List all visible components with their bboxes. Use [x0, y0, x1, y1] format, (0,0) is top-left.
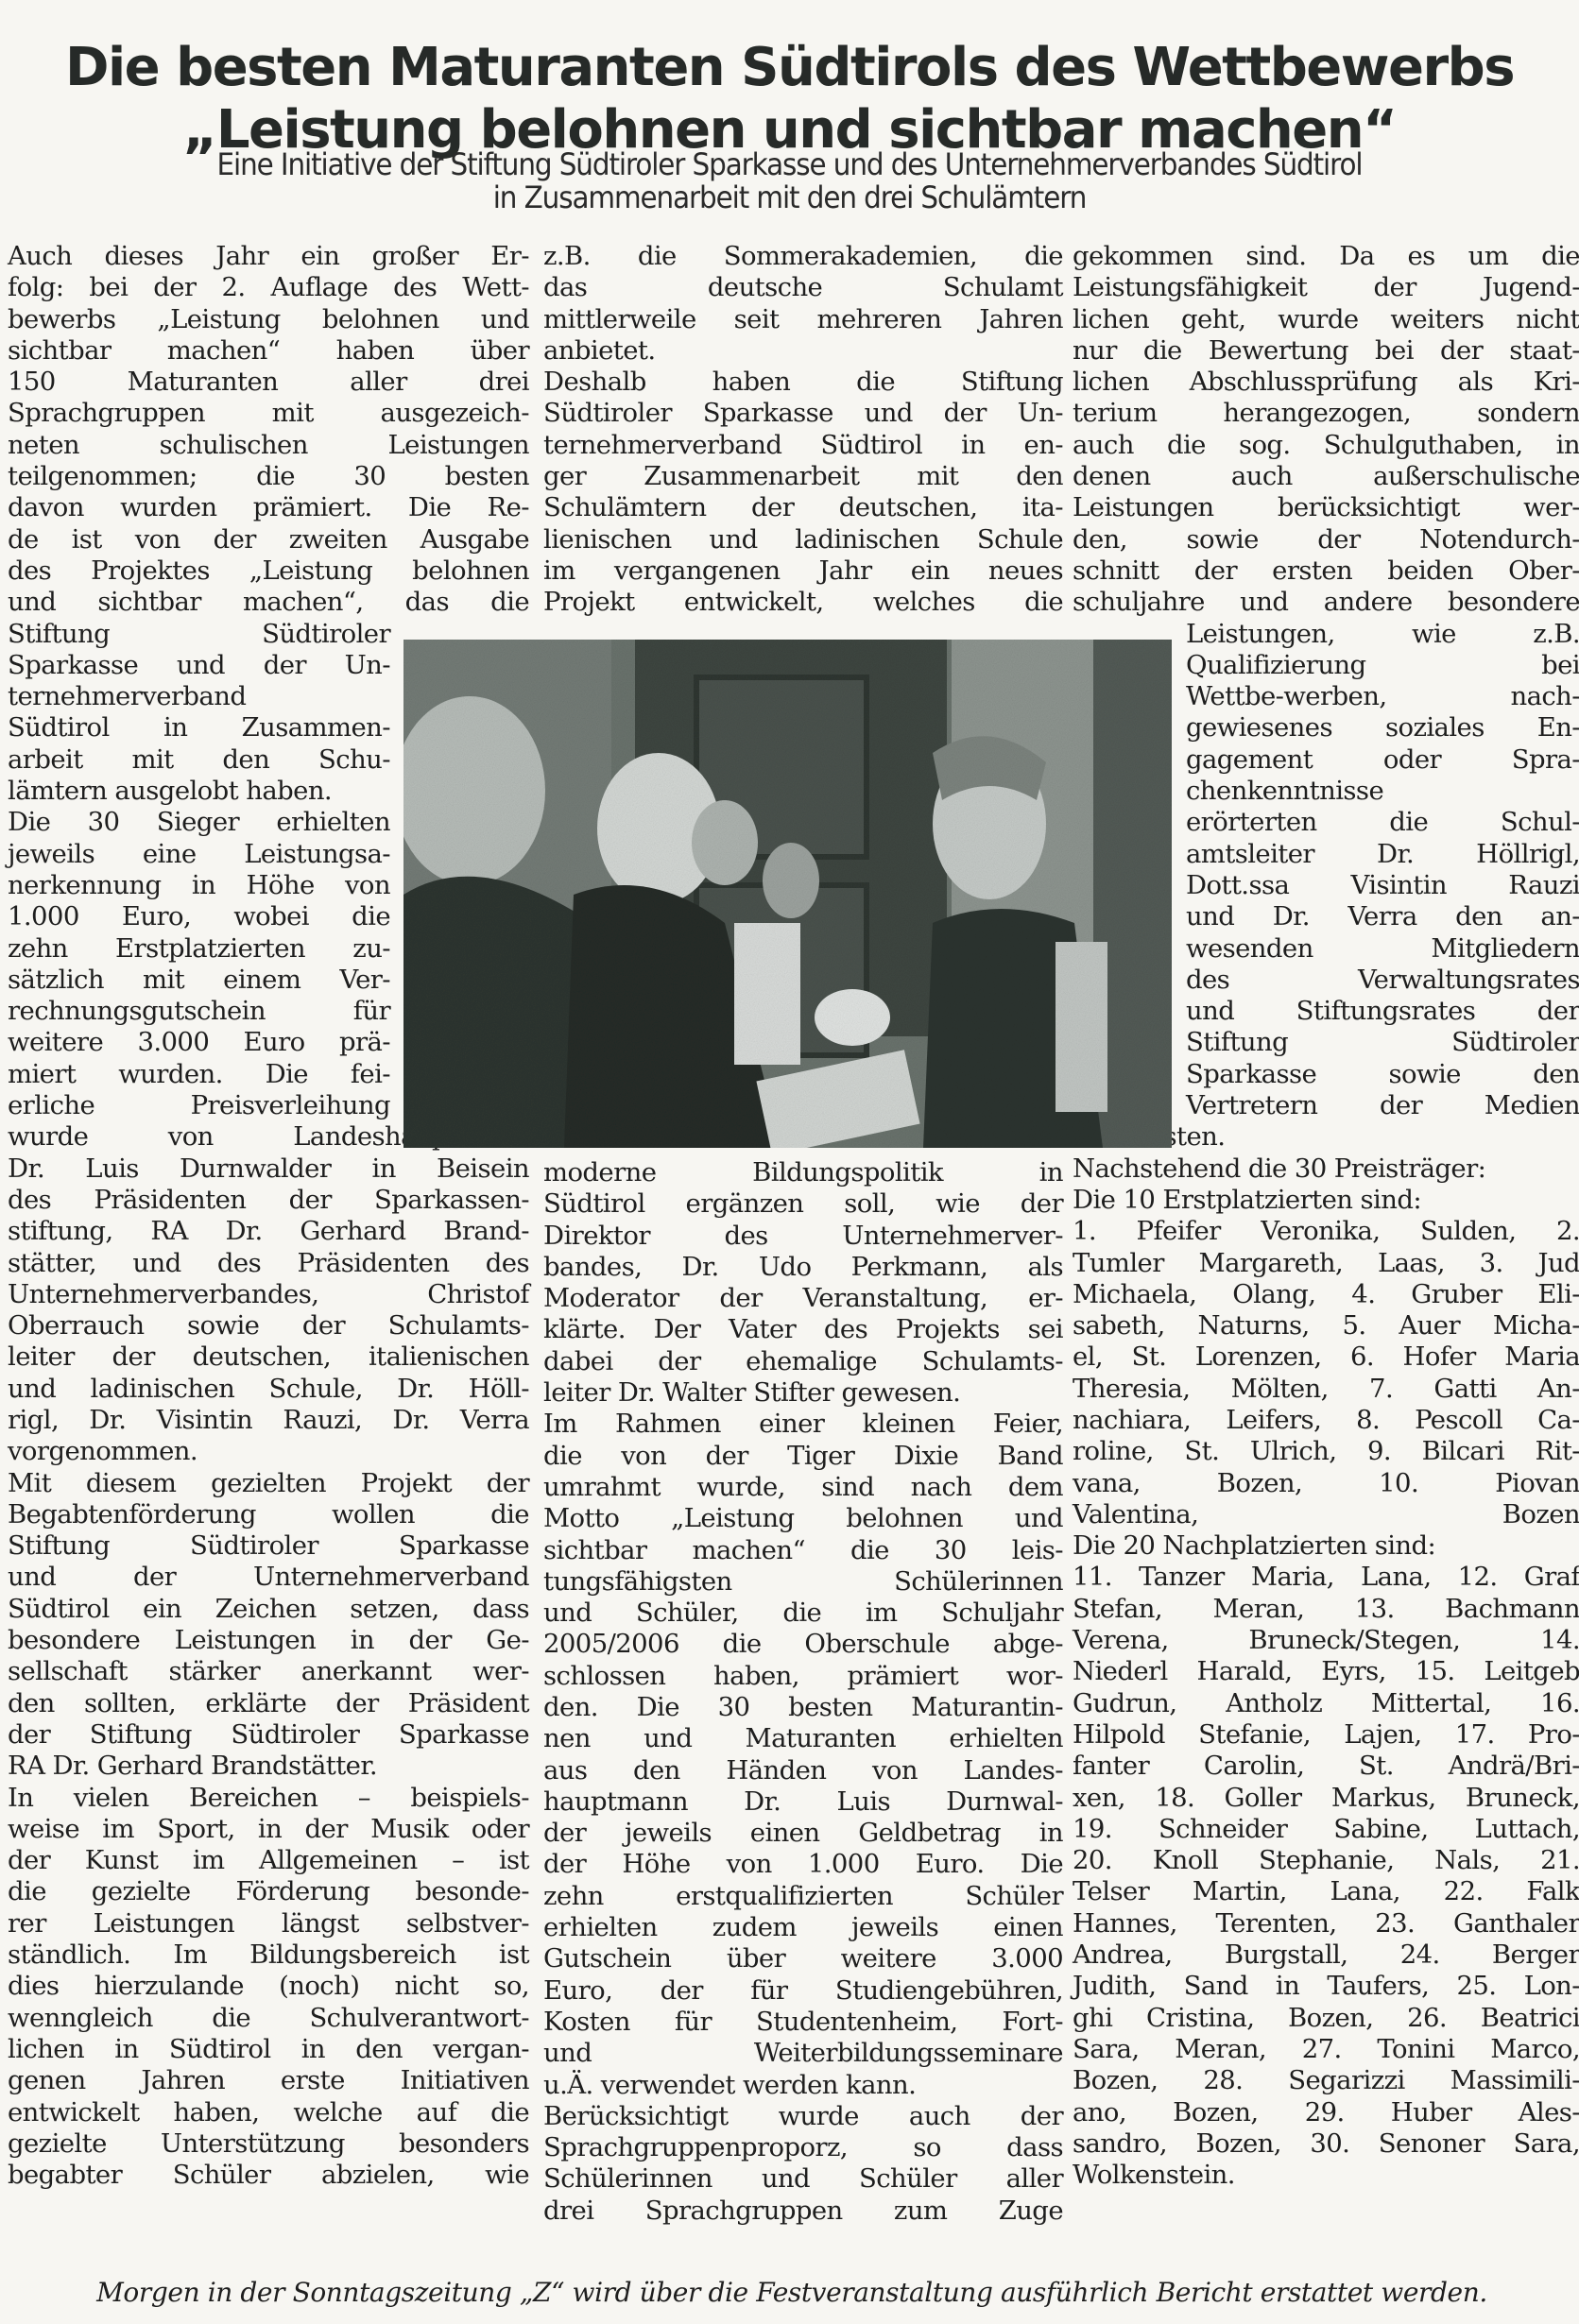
article-line: Motto „Leistung belohnen und: [543, 1503, 1063, 1534]
article-line: lichen Abschlussprüfung als Kri-: [1073, 367, 1579, 398]
article-column-1: Auch dieses Jahr ein großer Er-folg: bei…: [8, 241, 529, 2191]
article-line: sätzlich mit einem Ver-: [8, 965, 390, 996]
article-line: Unternehmerverbandes, Christof: [8, 1279, 529, 1310]
article-line: Berücksichtigt wurde auch der: [543, 2101, 1063, 2132]
article-column-2: z.B. die Sommerakademien, diedas deutsch…: [543, 241, 1063, 2227]
article-line: vana, Bozen, 10. Piovan: [1073, 1468, 1579, 1499]
article-line: amtsleiter Dr. Höllrigl,: [1186, 839, 1579, 870]
article-line: teilgenommen; die 30 besten: [8, 461, 529, 492]
article-line: moderne Bildungspolitik in: [543, 1157, 1063, 1188]
article-line: hauptmann Dr. Luis Durnwal-: [543, 1786, 1063, 1818]
article-line: schuljahre und andere besondere: [1073, 587, 1579, 618]
article-line: 11. Tanzer Maria, Lana, 12. Graf: [1073, 1562, 1579, 1593]
article-line: erörterten die Schul-: [1186, 807, 1579, 838]
article-line: jeweils eine Leistungsa-: [8, 839, 390, 870]
article-line: ständlich. Im Bildungsbereich ist: [8, 1940, 529, 1971]
article-line: Andrea, Burgstall, 24. Berger: [1073, 1940, 1579, 1971]
article-line: begabter Schüler abzielen, wie: [8, 2160, 529, 2191]
article-line: bewerbs „Leistung belohnen und: [8, 304, 529, 335]
article-line: lichen geht, wurde weiters nicht: [1073, 304, 1579, 335]
article-line: Sparkasse und der Un-: [8, 650, 390, 681]
article-line: und Schüler, die im Schuljahr: [543, 1598, 1063, 1629]
subheadline-line-2: in Zusammenarbeit mit den drei Schulämte…: [63, 180, 1516, 214]
article-line: Schülerinnen und Schüler aller: [543, 2163, 1063, 2195]
headline-line-1: Die besten Maturanten Südtirols des Wett…: [0, 38, 1579, 98]
article-line: Gutschein über weitere 3.000: [543, 1943, 1063, 1974]
article-line: stätter, und des Präsidenten des: [8, 1248, 529, 1279]
article-line: Tumler Margareth, Laas, 3. Jud: [1073, 1248, 1579, 1279]
article-line: der Kunst im Allgemeinen – ist: [8, 1845, 529, 1876]
article-line: Stiftung Südtiroler: [8, 619, 390, 650]
article-line: Schulämtern der deutschen, ita-: [543, 492, 1063, 523]
article-line: auch die sog. Schulguthaben, in: [1073, 430, 1579, 461]
article-line: Stiftung Südtiroler: [1186, 1027, 1579, 1058]
article-line: Leistungen berücksichtigt wer-: [1073, 492, 1579, 523]
article-line: Leistungen, wie z.B.: [1186, 619, 1579, 650]
article-line: Sprachgruppen mit ausgezeich-: [8, 398, 529, 429]
article-line: leiter Dr. Walter Stifter gewesen.: [543, 1377, 1063, 1409]
article-line: den, sowie der Notendurch-: [1073, 524, 1579, 555]
article-line: neten schulischen Leistungen: [8, 430, 529, 461]
article-line: vorgenommen.: [8, 1436, 529, 1467]
article-line: die gezielte Förderung besonde-: [8, 1876, 529, 1907]
article-line: ternehmerverband Südtirol in en-: [543, 430, 1063, 461]
subheadline-line-1: Eine Initiative der Stiftung Südtiroler …: [63, 147, 1516, 181]
article-line: anbietet.: [543, 335, 1063, 367]
article-line: Theresia, Mölten, 7. Gatti An-: [1073, 1374, 1579, 1405]
article-line: Euro, der für Studiengebühren,: [543, 1975, 1063, 2007]
article-line: lienischen und ladinischen Schule: [543, 524, 1063, 555]
article-line: tungsfähigsten Schülerinnen: [543, 1566, 1063, 1598]
article-line: Sara, Meran, 27. Tonini Marco,: [1073, 2034, 1579, 2065]
article-line: nur die Bewertung bei der staat-: [1073, 335, 1579, 367]
photo-icon: [403, 640, 1172, 1148]
article-line: klärte. Der Vater des Projekts sei: [543, 1314, 1063, 1345]
article-line: Wolkenstein.: [1073, 2160, 1579, 2191]
article-line: z.B. die Sommerakademien, die: [543, 241, 1063, 272]
article-line: Telser Martin, Lana, 22. Falk: [1073, 1876, 1579, 1907]
article-line: und sichtbar machen“, das die: [8, 587, 529, 618]
article-line: sichtbar machen“ die 30 leis-: [543, 1535, 1063, 1566]
article-line: Kosten für Studentenheim, Fort-: [543, 2007, 1063, 2038]
article-line: erhielten zudem jeweils einen: [543, 1912, 1063, 1943]
article-line: Mit diesem gezielten Projekt der: [8, 1468, 529, 1499]
article-line: RA Dr. Gerhard Brandstätter.: [8, 1751, 529, 1782]
article-line: Dott.ssa Visintin Rauzi: [1186, 870, 1579, 901]
article-line: und der Unternehmerverband: [8, 1562, 529, 1593]
article-line: den sollten, erklärte der Präsident: [8, 1688, 529, 1719]
article-line: Südtirol ein Zeichen setzen, dass: [8, 1594, 529, 1625]
article-line: sellschaft stärker anerkannt wer-: [8, 1656, 529, 1687]
article-line: gagement oder Spra-: [1186, 744, 1579, 776]
article-line: Projekt entwickelt, welches die: [543, 587, 1063, 618]
article-line: 2005/2006 die Oberschule abge-: [543, 1629, 1063, 1660]
article-line: gezielte Unterstützung besonders: [8, 2128, 529, 2160]
article-line: wenngleich die Schulverantwort-: [8, 2003, 529, 2034]
article-line: Hilpold Stefanie, Lajen, 17. Pro-: [1073, 1719, 1579, 1751]
article-line: stiftung, RA Dr. Gerhard Brand-: [8, 1216, 529, 1247]
article-line: Stiftung Südtiroler Sparkasse: [8, 1530, 529, 1562]
article-line: mittlerweile seit mehreren Jahren: [543, 304, 1063, 335]
article-line: das deutsche Schulamt: [543, 272, 1063, 303]
article-line: el, St. Lorenzen, 6. Hofer Maria: [1073, 1341, 1579, 1373]
article-line: terium herangezogen, sondern: [1073, 398, 1579, 429]
article-line: und Weiterbildungsseminare: [543, 2038, 1063, 2069]
article-line: Südtiroler Sparkasse und der Un-: [543, 398, 1063, 429]
article-line: Die 30 Sieger erhielten: [8, 807, 390, 838]
article-line: den. Die 30 besten Maturantin-: [543, 1692, 1063, 1723]
article-line: und ladinischen Schule, Dr. Höll-: [8, 1374, 529, 1405]
article-line: Moderator der Veranstaltung, er-: [543, 1283, 1063, 1314]
article-line: xen, 18. Goller Markus, Bruneck,: [1073, 1783, 1579, 1814]
article-line: sandro, Bozen, 30. Senoner Sara,: [1073, 2128, 1579, 2160]
article-line: Michaela, Olang, 4. Gruber Eli-: [1073, 1279, 1579, 1310]
article-line: besondere Leistungen in der Ge-: [8, 1625, 529, 1656]
article-line: rigl, Dr. Visintin Rauzi, Dr. Verra: [8, 1405, 529, 1436]
article-line: fanter Carolin, St. Andrä/Bri-: [1073, 1751, 1579, 1782]
article-line: bandes, Dr. Udo Perkmann, als: [543, 1252, 1063, 1283]
article-line: Südtirol in Zusammen-: [8, 712, 390, 743]
article-line: Judith, Sand in Taufers, 25. Lon-: [1073, 1971, 1579, 2002]
article-line: 1.000 Euro, wobei die: [8, 901, 390, 932]
article-line: Gudrun, Antholz Mittertal, 16.: [1073, 1688, 1579, 1719]
article-line: weise im Sport, in der Musik oder: [8, 1814, 529, 1845]
article-line: des Präsidenten der Sparkassen-: [8, 1185, 529, 1216]
article-line: erliche Preisverleihung: [8, 1090, 390, 1121]
article-line: de ist von der zweiten Ausgabe: [8, 524, 529, 555]
article-line: dabei der ehemalige Schulamts-: [543, 1346, 1063, 1377]
article-line: davon wurden prämiert. Die Re-: [8, 492, 529, 523]
article-line: dies hierzulande (noch) nicht so,: [8, 1971, 529, 2002]
article-line: Nachstehend die 30 Preisträger:: [1073, 1153, 1579, 1185]
article-line: nerkennung in Höhe von: [8, 870, 390, 901]
article-line: Wettbe-werben, nach-: [1186, 681, 1579, 712]
article-line: lämtern ausgelobt haben.: [8, 776, 390, 807]
article-column-3: gekommen sind. Da es um dieLeistungsfähi…: [1073, 241, 1579, 2191]
article-line: 150 Maturanten aller drei: [8, 367, 529, 398]
article-line: ano, Bozen, 29. Huber Ales-: [1073, 2097, 1579, 2128]
article-line: chenkenntnisse: [1186, 776, 1579, 807]
article-line: arbeit mit den Schu-: [8, 744, 390, 776]
article-line: nen und Maturanten erhielten: [543, 1723, 1063, 1754]
article-line: Begabtenförderung wollen die: [8, 1499, 529, 1530]
article-line: Auch dieses Jahr ein großer Er-: [8, 241, 529, 272]
article-line: drei Sprachgruppen zum Zuge: [543, 2196, 1063, 2227]
article-line: Hannes, Terenten, 23. Ganthaler: [1073, 1908, 1579, 1940]
article-line: 19. Schneider Sabine, Luttach,: [1073, 1814, 1579, 1845]
article-line: im vergangenen Jahr ein neues: [543, 555, 1063, 587]
article-line: der Stiftung Südtiroler Sparkasse: [8, 1719, 529, 1751]
article-line: umrahmt wurde, sind nach dem: [543, 1472, 1063, 1503]
article-line: Im Rahmen einer kleinen Feier,: [543, 1409, 1063, 1440]
article-line: schlossen haben, prämiert wor-: [543, 1661, 1063, 1692]
article-line: miert wurden. Die fei-: [8, 1059, 390, 1090]
article-line: Verena, Bruneck/Stegen, 14.: [1073, 1625, 1579, 1656]
article-line: entwickelt haben, welche auf die: [8, 2097, 529, 2128]
article-line: roline, St. Ulrich, 9. Bilcari Rit-: [1073, 1436, 1579, 1467]
article-line: Südtirol ergänzen soll, wie der: [543, 1188, 1063, 1220]
article-line: leiter der deutschen, italienischen: [8, 1341, 529, 1373]
article-line: die von der Tiger Dixie Band: [543, 1441, 1063, 1472]
article-line: zehn Erstplatzierten zu-: [8, 933, 390, 965]
article-line: Leistungsfähigkeit der Jugend-: [1073, 272, 1579, 303]
article-line: des Projektes „Leistung belohnen: [8, 555, 529, 587]
article-line: ger Zusammenarbeit mit den: [543, 461, 1063, 492]
article-line: Die 20 Nachplatzierten sind:: [1073, 1530, 1579, 1562]
article-line: 1. Pfeifer Veronika, Sulden, 2.: [1073, 1216, 1579, 1247]
article-line: nachiara, Leifers, 8. Pescoll Ca-: [1073, 1405, 1579, 1436]
article-line: der Höhe von 1.000 Euro. Die: [543, 1849, 1063, 1880]
article-line: folg: bei der 2. Auflage des Wett-: [8, 272, 529, 303]
article-line: rechnungsgutschein für: [8, 996, 390, 1027]
article-line: rer Leistungen längst selbstver-: [8, 1908, 529, 1940]
article-line: weitere 3.000 Euro prä-: [8, 1027, 390, 1058]
article-line: Sprachgruppenproporz, so dass: [543, 2132, 1063, 2163]
article-line: Vertretern der Medien: [1186, 1090, 1579, 1121]
article-line: Stefan, Meran, 13. Bachmann: [1073, 1594, 1579, 1625]
article-line: Die 10 Erstplatzierten sind:: [1073, 1185, 1579, 1216]
article-line: genen Jahren erste Initiativen: [8, 2065, 529, 2096]
article-line: gekommen sind. Da es um die: [1073, 241, 1579, 272]
article-line: u.Ä. verwendet werden kann.: [543, 2070, 1063, 2101]
article-line: Qualifizierung bei: [1186, 650, 1579, 681]
article-line: ghi Cristina, Bozen, 26. Beatrici: [1073, 2003, 1579, 2034]
article-line: gewiesenes soziales En-: [1186, 712, 1579, 743]
article-line: In vielen Bereichen – beispiels-: [8, 1783, 529, 1814]
article-line: sichtbar machen“ haben über: [8, 335, 529, 367]
article-line: Dr. Luis Durnwalder in Beisein: [8, 1153, 529, 1185]
article-line: schnitt der ersten beiden Ober-: [1073, 555, 1579, 587]
article-line: Niederl Harald, Eyrs, 15. Leitgeb: [1073, 1656, 1579, 1687]
article-line: Oberrauch sowie der Schulamts-: [8, 1310, 529, 1341]
article-line: Direktor des Unternehmerver-: [543, 1221, 1063, 1252]
article-line: sabeth, Naturns, 5. Auer Micha-: [1073, 1310, 1579, 1341]
article-line: zehn erstqualifizierten Schüler: [543, 1881, 1063, 1912]
article-line: und Dr. Verra den an-: [1186, 901, 1579, 932]
article-line: ternehmerverband: [8, 681, 390, 712]
article-line: Deshalb haben die Stiftung: [543, 367, 1063, 398]
footer-note: Morgen in der Sonntagszeitung „Z“ wird ü…: [17, 2277, 1567, 2308]
article-line: Sparkasse sowie den: [1186, 1059, 1579, 1090]
article-line: Valentina, Bozen: [1073, 1499, 1579, 1530]
article-line: lichen in Südtirol in den vergan-: [8, 2034, 529, 2065]
article-line: und Stiftungsrates der: [1186, 996, 1579, 1027]
article-line: der jeweils einen Geldbetrag in: [543, 1818, 1063, 1849]
article-line: aus den Händen von Landes-: [543, 1755, 1063, 1786]
award-ceremony-photo: [403, 640, 1172, 1148]
article-line: wesenden Mitgliedern: [1186, 933, 1579, 965]
article-line: des Verwaltungsrates: [1186, 965, 1579, 996]
article-line: 20. Knoll Stephanie, Nals, 21.: [1073, 1845, 1579, 1876]
article-line: denen auch außerschulische: [1073, 461, 1579, 492]
article-line: Bozen, 28. Segarizzi Massimili-: [1073, 2065, 1579, 2096]
